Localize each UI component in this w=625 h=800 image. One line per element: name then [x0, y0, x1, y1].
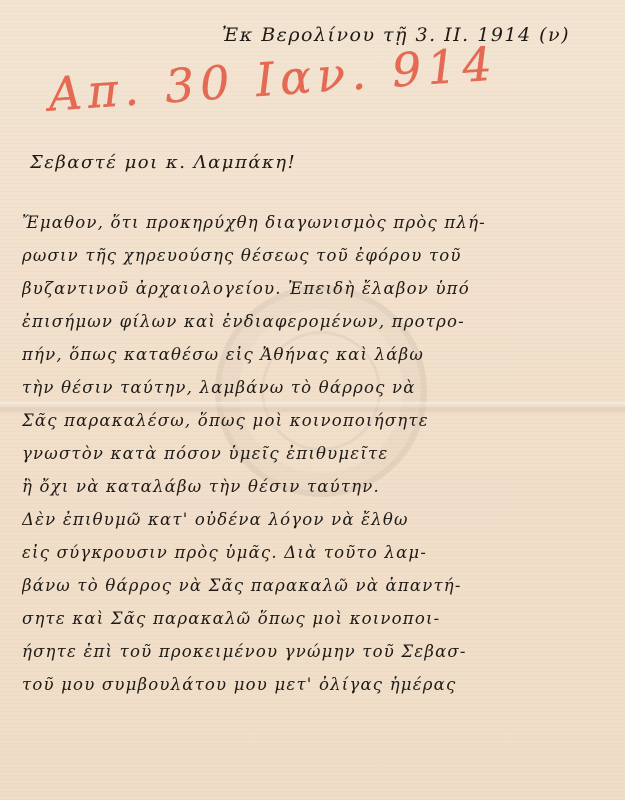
- body-line: τοῦ μου συμβουλάτου μου μετ' ὀλίγας ἡμέρ…: [22, 668, 612, 701]
- body-line: εἰς σύγκρουσιν πρὸς ὑμᾶς. Διὰ τοῦτο λαμ-: [22, 536, 612, 569]
- body-line: ἐπισήμων φίλων καὶ ἐνδιαφερομένων, προτρ…: [22, 305, 612, 338]
- salutation: Σεβαστέ μοι κ. Λαμπάκη!: [30, 152, 296, 173]
- body-line: γνωστὸν κατὰ πόσον ὑμεῖς ἐπιθυμεῖτε: [22, 437, 612, 470]
- body-line: ρωσιν τῆς χηρευούσης θέσεως τοῦ ἐφόρου τ…: [22, 239, 612, 272]
- body-line: ἢ ὄχι νὰ καταλάβω τὴν θέσιν ταύτην.: [22, 470, 612, 503]
- body-line: Ἔμαθον, ὅτι προκηρύχθη διαγωνισμὸς πρὸς …: [22, 206, 612, 239]
- body-line: σητε καὶ Σᾶς παρακαλῶ ὅπως μοὶ κοινοποι-: [22, 602, 612, 635]
- body-line: ήσητε ἐπὶ τοῦ προκειμένου γνώμην τοῦ Σεβ…: [22, 635, 612, 668]
- letter-body: Ἔμαθον, ὅτι προκηρύχθη διαγωνισμὸς πρὸς …: [22, 206, 612, 701]
- body-line: πήν, ὅπως καταθέσω εἰς Ἀθήνας καὶ λάβω: [22, 338, 612, 371]
- body-line: βάνω τὸ θάρρος νὰ Σᾶς παρακαλῶ νὰ ἀπαντή…: [22, 569, 612, 602]
- body-line: βυζαντινοῦ ἀρχαιολογείου. Ἐπειδὴ ἔλαβον …: [22, 272, 612, 305]
- body-line: Δὲν ἐπιθυμῶ κατ' οὐδένα λόγον νὰ ἔλθω: [22, 503, 612, 536]
- body-line: τὴν θέσιν ταύτην, λαμβάνω τὸ θάρρος νὰ: [22, 371, 612, 404]
- body-line: Σᾶς παρακαλέσω, ὅπως μοὶ κοινοποιήσητε: [22, 404, 612, 437]
